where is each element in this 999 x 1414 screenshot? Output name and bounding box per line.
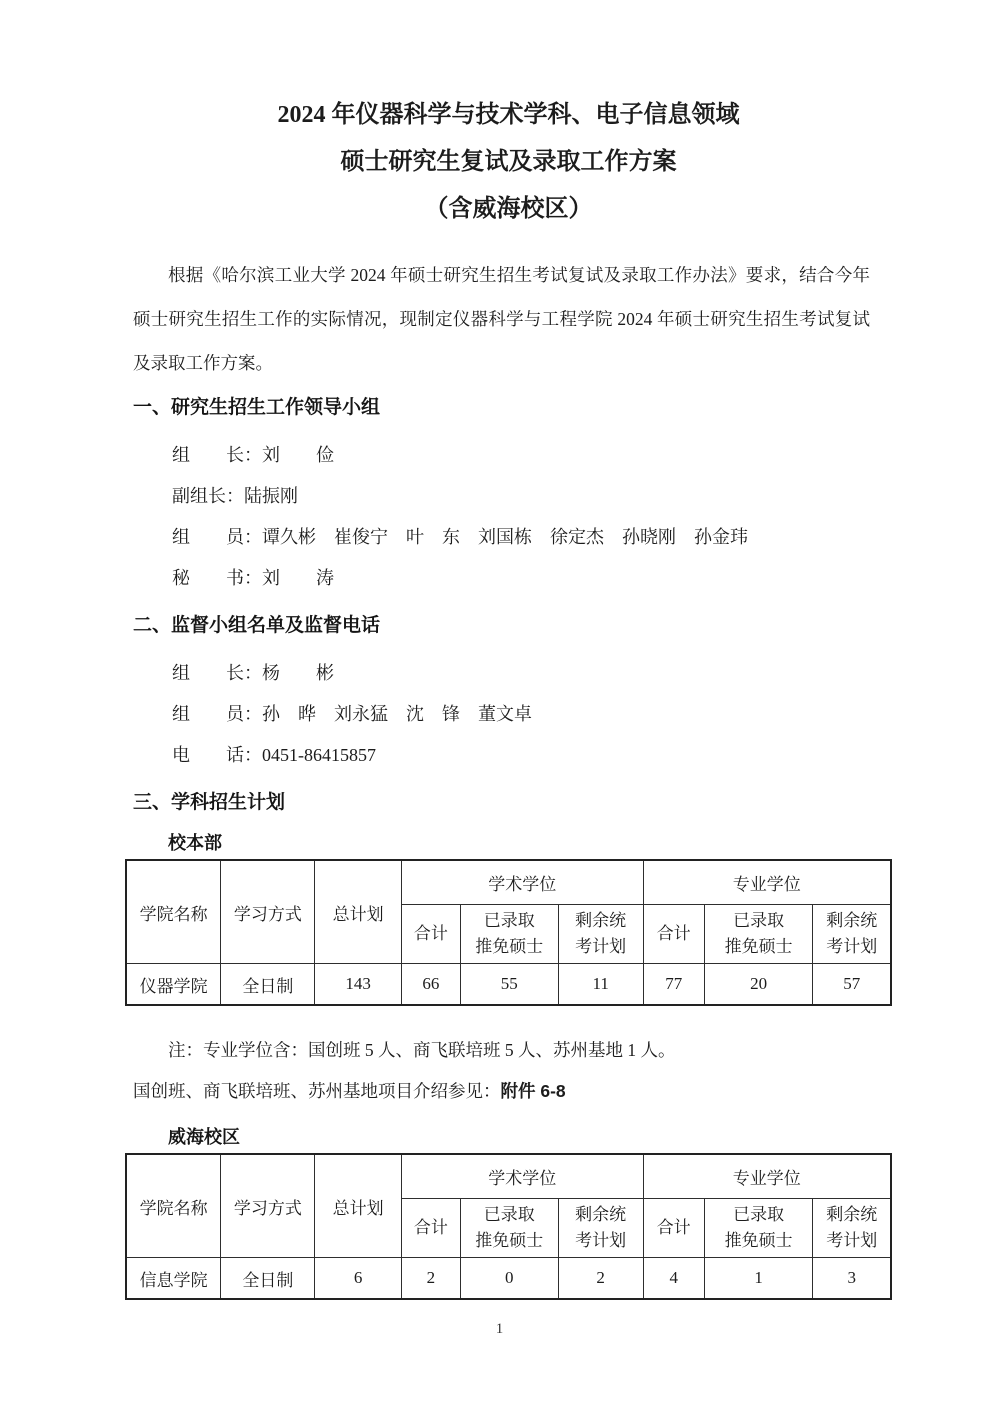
cell-acad-subtotal: 2	[401, 1258, 460, 1300]
roster-line-members: 组 员：谭久彬 崔俊宁 叶 东 刘国栋 徐定杰 孙晓刚 孙金玮	[172, 517, 892, 558]
note-line-2-text: 国创班、商飞联培班、苏州基地项目介绍参见：	[133, 1081, 501, 1101]
campus-main-label: 校本部	[125, 832, 892, 854]
section-1-heading: 一、研究生招生工作领导小组	[125, 393, 892, 423]
header-prof-subtotal: 合计	[643, 905, 704, 964]
cell-acad-admitted: 0	[460, 1258, 558, 1300]
header-study-mode: 学习方式	[221, 860, 315, 964]
page-number: 1	[0, 1321, 999, 1338]
table-row: 仪器学院 全日制 143 66 55 11 77 20 57	[126, 964, 891, 1006]
document-page: 2024 年仪器科学与技术学科、电子信息领域 硕士研究生复试及录取工作方案 （含…	[0, 0, 999, 1414]
campus-main-table: 学院名称 学习方式 总计划 学术学位 专业学位 合计 已录取 推免硕士 剩余统 …	[125, 859, 892, 1006]
roster-line-leader: 组 长：杨 彬	[172, 653, 892, 694]
roster-line-leader: 组 长：刘 俭	[172, 435, 892, 476]
title-line-2: 硕士研究生复试及录取工作方案	[125, 139, 892, 186]
intro-paragraph: 根据《哈尔滨工业大学 2024 年硕士研究生招生考试复试及录取工作办法》要求，结…	[125, 253, 892, 385]
header-academic-degree: 学术学位	[401, 860, 643, 905]
cell-college: 信息学院	[126, 1258, 221, 1300]
header-total-plan: 总计划	[315, 1154, 401, 1258]
cell-total-plan: 6	[315, 1258, 401, 1300]
header-prof-admitted-exempt: 已录取 推免硕士	[704, 905, 813, 964]
cell-acad-remaining: 11	[558, 964, 643, 1006]
header-acad-remaining: 剩余统 考计划	[558, 905, 643, 964]
header-acad-subtotal: 合计	[401, 905, 460, 964]
note-line-1: 注：专业学位含：国创班 5 人、商飞联培班 5 人、苏州基地 1 人。	[133, 1030, 892, 1071]
title-line-3: （含威海校区）	[125, 186, 892, 233]
header-total-plan: 总计划	[315, 860, 401, 964]
cell-prof-remaining: 3	[813, 1258, 891, 1300]
cell-study-mode: 全日制	[221, 1258, 315, 1300]
note-line-2: 国创班、商飞联培班、苏州基地项目介绍参见：附件 6-8	[133, 1081, 566, 1101]
campus-weihai-table: 学院名称 学习方式 总计划 学术学位 专业学位 合计 已录取 推免硕士 剩余统 …	[125, 1153, 892, 1300]
cell-college: 仪器学院	[126, 964, 221, 1006]
header-prof-remaining: 剩余统 考计划	[813, 905, 891, 964]
header-college: 学院名称	[126, 860, 221, 964]
section-3-heading: 三、学科招生计划	[125, 788, 892, 818]
roster-line-deputy-leader: 副组长：陆振刚	[172, 476, 892, 517]
note-attachment-ref: 附件 6-8	[501, 1081, 566, 1101]
header-acad-admitted-exempt: 已录取 推免硕士	[460, 905, 558, 964]
header-professional-degree: 专业学位	[643, 860, 891, 905]
cell-prof-admitted: 20	[704, 964, 813, 1006]
cell-acad-admitted: 55	[460, 964, 558, 1006]
roster-line-members: 组 员：孙 晔 刘永猛 沈 锋 董文卓	[172, 694, 892, 735]
cell-prof-subtotal: 4	[643, 1258, 704, 1300]
cell-acad-remaining: 2	[558, 1258, 643, 1300]
header-acad-remaining: 剩余统 考计划	[558, 1199, 643, 1258]
cell-prof-remaining: 57	[813, 964, 891, 1006]
header-academic-degree: 学术学位	[401, 1154, 643, 1199]
header-acad-admitted-exempt: 已录取 推免硕士	[460, 1199, 558, 1258]
cell-prof-subtotal: 77	[643, 964, 704, 1006]
cell-prof-admitted: 1	[704, 1258, 813, 1300]
cell-acad-subtotal: 66	[401, 964, 460, 1006]
header-acad-subtotal: 合计	[401, 1199, 460, 1258]
roster-line-secretary: 秘 书：刘 涛	[172, 558, 892, 599]
header-professional-degree: 专业学位	[643, 1154, 891, 1199]
section-2-heading: 二、监督小组名单及监督电话	[125, 611, 892, 641]
cell-total-plan: 143	[315, 964, 401, 1006]
cell-study-mode: 全日制	[221, 964, 315, 1006]
header-prof-remaining: 剩余统 考计划	[813, 1199, 891, 1258]
document-title: 2024 年仪器科学与技术学科、电子信息领域 硕士研究生复试及录取工作方案 （含…	[125, 92, 892, 233]
title-line-1: 2024 年仪器科学与技术学科、电子信息领域	[125, 92, 892, 139]
table-row: 信息学院 全日制 6 2 0 2 4 1 3	[126, 1258, 891, 1300]
header-college: 学院名称	[126, 1154, 221, 1258]
section-2-roster: 组 长：杨 彬 组 员：孙 晔 刘永猛 沈 锋 董文卓 电 话：0451-864…	[125, 653, 892, 776]
table-notes: 注：专业学位含：国创班 5 人、商飞联培班 5 人、苏州基地 1 人。 国创班、…	[125, 1030, 892, 1112]
roster-line-phone: 电 话：0451-86415857	[172, 735, 892, 776]
header-study-mode: 学习方式	[221, 1154, 315, 1258]
campus-weihai-label: 威海校区	[125, 1126, 892, 1148]
header-prof-subtotal: 合计	[643, 1199, 704, 1258]
section-1-roster: 组 长：刘 俭 副组长：陆振刚 组 员：谭久彬 崔俊宁 叶 东 刘国栋 徐定杰 …	[125, 435, 892, 599]
header-prof-admitted-exempt: 已录取 推免硕士	[704, 1199, 813, 1258]
